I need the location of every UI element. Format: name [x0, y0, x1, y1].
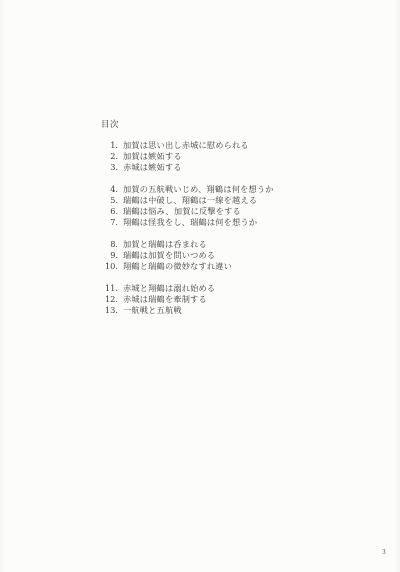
toc-item-label: 赤城は嫉妬する [123, 162, 182, 173]
toc-item-label: 瑞鶴は中破し、翔鶴は一線を越える [123, 195, 257, 206]
toc-item-number: 2. [104, 151, 123, 162]
toc-item-number: 5. [104, 195, 123, 206]
toc-item-number: 8. [104, 239, 123, 250]
toc-item: 2. 加賀は嫉妬する [104, 151, 274, 162]
toc-item-label: 翔鶴は怪我をし、瑞鶴は何を想うか [123, 217, 257, 228]
toc-item-label: 瑞鶴は悩み、加賀に反撃をする [123, 206, 241, 217]
toc-item-number: 1. [104, 140, 123, 151]
toc-group-3: 8. 加賀と瑞鶴は呑まれる 9. 瑞鶴は加賀を問いつめる 10. 翔鶴と瑞鶴の微… [104, 239, 274, 272]
toc-group-2: 4. 加賀の五航戦いじめ、翔鶴は何を想うか 5. 瑞鶴は中破し、翔鶴は一線を越え… [104, 184, 274, 228]
toc-title: 目次 [101, 118, 119, 130]
toc-item: 10. 翔鶴と瑞鶴の微妙なすれ違い [104, 261, 274, 272]
page-number: 3 [382, 549, 386, 556]
toc-item-label: 加賀は思い出し赤城に慰められる [123, 140, 249, 151]
toc-item: 4. 加賀の五航戦いじめ、翔鶴は何を想うか [104, 184, 274, 195]
toc-item-number: 6. [104, 206, 123, 217]
toc-item: 9. 瑞鶴は加賀を問いつめる [104, 250, 274, 261]
toc-item: 3. 赤城は嫉妬する [104, 162, 274, 173]
toc-item-number: 7. [104, 217, 123, 228]
toc-item: 13. 一航戦と五航戦 [104, 305, 274, 316]
toc-item: 8. 加賀と瑞鶴は呑まれる [104, 239, 274, 250]
toc-item-label: 赤城と翔鶴は溺れ始める [123, 283, 215, 294]
toc-item: 5. 瑞鶴は中破し、翔鶴は一線を越える [104, 195, 274, 206]
toc-item-label: 一航戦と五航戦 [123, 305, 182, 316]
toc-item-label: 加賀の五航戦いじめ、翔鶴は何を想うか [123, 184, 274, 195]
document-page: 目次 1. 加賀は思い出し赤城に慰められる 2. 加賀は嫉妬する 3. 赤城は嫉… [0, 0, 400, 572]
toc-item: 12. 赤城は瑞鶴を牽制する [104, 294, 274, 305]
toc-item-label: 加賀は嫉妬する [123, 151, 182, 162]
toc-item: 11. 赤城と翔鶴は溺れ始める [104, 283, 274, 294]
toc-item: 6. 瑞鶴は悩み、加賀に反撃をする [104, 206, 274, 217]
toc-item-number: 11. [104, 283, 123, 294]
toc-item: 1. 加賀は思い出し赤城に慰められる [104, 140, 274, 151]
toc-item-label: 翔鶴と瑞鶴の微妙なすれ違い [123, 261, 232, 272]
toc-item-label: 赤城は瑞鶴を牽制する [123, 294, 207, 305]
toc-item: 7. 翔鶴は怪我をし、瑞鶴は何を想うか [104, 217, 274, 228]
toc-item-number: 13. [104, 305, 123, 316]
toc-item-label: 加賀と瑞鶴は呑まれる [123, 239, 207, 250]
toc-item-number: 3. [104, 162, 123, 173]
toc-item-number: 12. [104, 294, 123, 305]
toc-group-1: 1. 加賀は思い出し赤城に慰められる 2. 加賀は嫉妬する 3. 赤城は嫉妬する [104, 140, 274, 173]
toc-group-4: 11. 赤城と翔鶴は溺れ始める 12. 赤城は瑞鶴を牽制する 13. 一航戦と五… [104, 283, 274, 316]
toc-item-label: 瑞鶴は加賀を問いつめる [123, 250, 215, 261]
toc-item-number: 9. [104, 250, 123, 261]
toc-item-number: 4. [104, 184, 123, 195]
table-of-contents: 1. 加賀は思い出し赤城に慰められる 2. 加賀は嫉妬する 3. 赤城は嫉妬する… [104, 140, 274, 327]
toc-item-number: 10. [104, 261, 123, 272]
